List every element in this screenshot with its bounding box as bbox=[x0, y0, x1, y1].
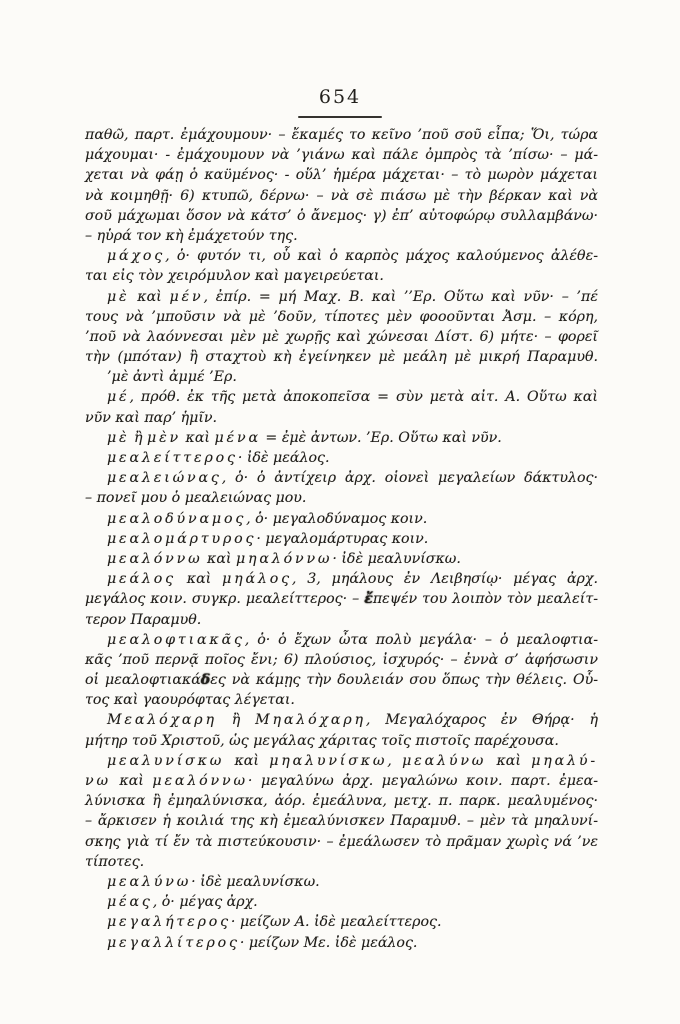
dictionary-headword: μεαλυνίσκω bbox=[107, 753, 224, 769]
text-line: – ἄρκισεν ἡ κοιλιά της κὴ ἐμεαλύνισκεν Π… bbox=[85, 811, 598, 831]
text-line: μεαλυνίσκω καὶ μηαλυνίσκω, μεαλύνω καὶ μ… bbox=[85, 751, 598, 771]
text-line: μεαλοφτιακᾶς, ὁ· ὁ ἔχων ὦτα πολὺ μεγάλα·… bbox=[85, 630, 598, 650]
page-number: 654 bbox=[0, 86, 680, 108]
dictionary-headword: μεαλύνω bbox=[107, 874, 191, 890]
text-segment: τίποτες. bbox=[85, 854, 144, 870]
dictionary-headword: μεαλοδύναμος bbox=[107, 511, 246, 527]
text-segment: τερον Παραμυθ. bbox=[85, 612, 201, 628]
text-segment: , ὁ· φυτόν τι, οὗ καὶ ὁ καρπὸς μάχος καλ… bbox=[165, 248, 598, 264]
text-segment: κᾶς ’ποῦ περνᾷ ποῖος ἔνι; 6) πλούσιος, ἰ… bbox=[85, 652, 598, 668]
text-segment: νῦν καὶ παρ’ ἡμῖν. bbox=[85, 410, 217, 426]
text-segment: καὶ bbox=[130, 289, 170, 305]
dictionary-headword: μεαλόννω bbox=[152, 773, 248, 789]
dictionary-headword: μεγαλλίτερος bbox=[107, 935, 240, 951]
text-line: λύνισκα ἢ ἐμηαλύνισκα, ἀόρ. ἐμεάλυνα, με… bbox=[85, 791, 598, 811]
text-segment: καὶ bbox=[111, 773, 153, 789]
text-segment: – ἄρκισεν ἡ κοιλιά της κὴ ἐμεαλύνισκεν Π… bbox=[85, 813, 598, 829]
text-line: – ηὑρά τον κὴ ἐμάχετούν της. bbox=[85, 226, 598, 246]
text-segment: οἱ μεαλοφτιακά bbox=[85, 672, 201, 688]
text-segment: τὴν (μπόταν) ἢ σταχτοὺ κὴ ἐγείνηκεν μὲ μ… bbox=[85, 349, 598, 365]
text-line: μεαλομάρτυρος· μεγαλομάρτυρας κοιν. bbox=[85, 529, 598, 549]
text-segment: σκης γιὰ τί ἔν τὰ πιστεύκουσιν· – ἐμεάλω… bbox=[85, 834, 598, 850]
dictionary-headword: μένα bbox=[215, 430, 261, 446]
text-segment: – πονεῖ μου ὁ μεαλειώνας μου. bbox=[85, 490, 306, 506]
text-segment: · ἰδὲ μεαλυνίσκω. bbox=[332, 551, 461, 567]
text-segment: μήτηρ τοῦ Χριστοῦ, ὡς μεγάλας χάριτας το… bbox=[85, 733, 559, 749]
text-line: τὴν (μπόταν) ἢ σταχτοὺ κὴ ἐγείνηκεν μὲ μ… bbox=[85, 347, 598, 367]
text-segment: τους νὰ ’μποῦσιν νὰ μὲ ’δοῦν, τίποτες μὲ… bbox=[85, 309, 598, 325]
text-segment: καὶ bbox=[203, 551, 236, 567]
text-line: νὰ κοιμηθῇ· 6) κτυπῶ, δέρνω· – νὰ σὲ πιά… bbox=[85, 186, 598, 206]
text-line: Μεαλόχαρη ἢ Μηαλόχαρη, Μεγαλόχαρος ἐν Θή… bbox=[85, 710, 598, 730]
dictionary-headword: μεαλείττερος bbox=[107, 450, 238, 466]
text-line: τερον Παραμυθ. bbox=[85, 610, 598, 630]
text-line: νω καὶ μεαλόννω· μεγαλύνω ἀρχ. μεγαλώνω … bbox=[85, 771, 598, 791]
text-line: τος καὶ γαουρόφτας λέγεται. bbox=[85, 690, 598, 710]
text-line: μεγάλος κοιν. συγκρ. μεαλείττερος· – ἔπε… bbox=[85, 589, 598, 609]
text-line: κᾶς ’ποῦ περνᾷ ποῖος ἔνι; 6) πλούσιος, ἰ… bbox=[85, 650, 598, 670]
text-segment: ται εἰς τὸν χειρόμυλον καὶ μαγειρεύεται. bbox=[85, 268, 384, 284]
ink-blot-text: ἔ bbox=[364, 591, 373, 607]
text-segment: , ὁ· μέγας ἀρχ. bbox=[153, 894, 258, 910]
text-segment: · μεγαλομάρτυρας κοιν. bbox=[256, 531, 428, 547]
text-line: μεαλειώνας, ὁ· ὁ ἀντίχειρ ἀρχ. οἱονεὶ με… bbox=[85, 468, 598, 488]
text-segment: μάχουμαι· - ἐμάχουμουν νὰ ’γιάνω καὶ πάλ… bbox=[85, 147, 598, 163]
text-segment: σοῦ μάχωμαι ὅσον νὰ κάτσ’ ὁ ἄνεμος· γ) ἐ… bbox=[85, 208, 598, 224]
text-line: μέ, πρόθ. ἐκ τῆς μετὰ ἀποκοπεῖσα = σὺν μ… bbox=[85, 387, 598, 407]
text-segment: , Μεγαλόχαρος ἐν Θήρᾳ· ἡ bbox=[366, 712, 598, 728]
dictionary-headword: μάχος bbox=[107, 248, 165, 264]
text-segment: τος καὶ γαουρόφτας λέγεται. bbox=[85, 692, 295, 708]
text-line: μήτηρ τοῦ Χριστοῦ, ὡς μεγάλας χάριτας το… bbox=[85, 731, 598, 751]
dictionary-headword: μεαλειώνας bbox=[107, 470, 222, 486]
dictionary-headword: μηάλος bbox=[222, 571, 292, 587]
text-segment: , ὁ· ὁ ἀντίχειρ ἀρχ. οἱονεὶ μεγαλείων δά… bbox=[222, 470, 598, 486]
dictionary-headword: μέ bbox=[107, 389, 130, 405]
dictionary-headword: μηαλυνίσκω bbox=[269, 753, 387, 769]
text-segment: ἢ bbox=[130, 430, 148, 446]
dictionary-headword: μηαλύ- bbox=[531, 753, 598, 769]
text-segment: καὶ bbox=[486, 753, 531, 769]
text-segment: · μείζων Με. ἰδὲ μεάλος. bbox=[240, 935, 418, 951]
text-segment: ’μὲ ἀντὶ ἀμμέ ’Ερ. bbox=[107, 369, 237, 385]
text-line: μεαλόννω καὶ μηαλόννω· ἰδὲ μεαλυνίσκω. bbox=[85, 549, 598, 569]
text-line: σκης γιὰ τί ἔν τὰ πιστεύκουσιν· – ἐμεάλω… bbox=[85, 832, 598, 852]
text-segment: · μεγαλύνω ἀρχ. μεγαλώνω κοιν. παρτ. ἐμε… bbox=[248, 773, 598, 789]
text-line: μὲ ἢ μὲν καὶ μένα = ἐμὲ ἀντων. ’Ερ. Οὕτω… bbox=[85, 428, 598, 448]
text-line: ’ποῦ νὰ λαόννεσαι μὲν μὲ χωρῇς καὶ χώνεσ… bbox=[85, 327, 598, 347]
text-line: ’μὲ ἀντὶ ἀμμέ ’Ερ. bbox=[85, 367, 598, 387]
text-line: – πονεῖ μου ὁ μεαλειώνας μου. bbox=[85, 488, 598, 508]
dictionary-headword: μεαλύνω bbox=[402, 753, 486, 769]
text-segment: , bbox=[387, 753, 402, 769]
text-segment: χεται νὰ φάῃ ὁ καϋμένος· - οὕλ’ ἡμέρα μά… bbox=[85, 167, 598, 183]
text-line: σοῦ μάχωμαι ὅσον νὰ κάτσ’ ὁ ἄνεμος· γ) ἐ… bbox=[85, 206, 598, 226]
header-rule bbox=[298, 116, 382, 118]
text-segment: νὰ κοιμηθῇ· 6) κτυπῶ, δέρνω· – νὰ σὲ πιά… bbox=[85, 188, 598, 204]
text-segment: · ἰδὲ μεάλος. bbox=[238, 450, 330, 466]
dictionary-headword: μὲ bbox=[107, 289, 130, 305]
text-line: μεγαλήτερος· μείζων Α. ἰδὲ μεαλείττερος. bbox=[85, 912, 598, 932]
text-segment: · μείζων Α. ἰδὲ μεαλείττερος. bbox=[231, 914, 442, 930]
text-line: οἱ μεαλοφτιακάδες νὰ κάμῃς τὴν δουλειάν … bbox=[85, 670, 598, 690]
text-segment: , ὁ· μεγαλοδύναμος κοιν. bbox=[246, 511, 427, 527]
text-line: μέας, ὁ· μέγας ἀρχ. bbox=[85, 892, 598, 912]
text-line: νῦν καὶ παρ’ ἡμῖν. bbox=[85, 408, 598, 428]
dictionary-headword: μὲν bbox=[147, 430, 181, 446]
text-block: παθῶ, παρτ. ἐμάχουμουν· – ἔκαμές το κεῖν… bbox=[85, 125, 598, 953]
text-line: χεται νὰ φάῃ ὁ καϋμένος· - οὕλ’ ἡμέρα μά… bbox=[85, 165, 598, 185]
text-line: μεγαλλίτερος· μείζων Με. ἰδὲ μεάλος. bbox=[85, 933, 598, 953]
text-segment: – ηὑρά τον κὴ ἐμάχετούν της. bbox=[85, 228, 298, 244]
text-segment: , ὁ· ὁ ἔχων ὦτα πολὺ μεγάλα· – ὁ μεαλοφτ… bbox=[245, 632, 598, 648]
text-segment: , 3, μηάλους ἐν Λειβησίῳ· μέγας ἀρχ. bbox=[292, 571, 598, 587]
text-segment: καὶ bbox=[176, 571, 222, 587]
dictionary-headword: μεγαλήτερος bbox=[107, 914, 231, 930]
text-segment: ’ποῦ νὰ λαόννεσαι μὲν μὲ χωρῇς καὶ χώνεσ… bbox=[85, 329, 598, 345]
ink-blot-text: δ bbox=[201, 672, 210, 688]
text-line: τους νὰ ’μποῦσιν νὰ μὲ ’δοῦν, τίποτες μὲ… bbox=[85, 307, 598, 327]
text-line: μεαλύνω· ἰδὲ μεαλυνίσκω. bbox=[85, 872, 598, 892]
dictionary-headword: μεαλομάρτυρος bbox=[107, 531, 256, 547]
dictionary-headword: μέν bbox=[170, 289, 204, 305]
text-segment: παθῶ, παρτ. ἐμάχουμουν· – ἔκαμές το κεῖν… bbox=[85, 127, 598, 143]
text-segment: ες νὰ κάμῃς τὴν δουλειάν σου ὅπως τὴν θέ… bbox=[210, 672, 598, 688]
text-segment: · ἰδὲ μεαλυνίσκω. bbox=[191, 874, 320, 890]
text-segment: , πρόθ. ἐκ τῆς μετὰ ἀποκοπεῖσα = σὺν μετ… bbox=[130, 389, 598, 405]
dictionary-headword: μέας bbox=[107, 894, 153, 910]
dictionary-headword: μεάλος bbox=[107, 571, 176, 587]
text-segment: μεγάλος κοιν. συγκρ. μεαλείττερος· – bbox=[85, 591, 364, 607]
text-line: μεαλείττερος· ἰδὲ μεάλος. bbox=[85, 448, 598, 468]
dictionary-headword: μεαλοφτιακᾶς bbox=[107, 632, 245, 648]
text-line: τίποτες. bbox=[85, 852, 598, 872]
text-segment: , ἐπίρ. = μή Μαχ. Β. καὶ ’’Ερ. Οὕτω καὶ … bbox=[203, 289, 598, 305]
dictionary-headword: νω bbox=[85, 773, 111, 789]
text-segment: λύνισκα ἢ ἐμηαλύνισκα, ἀόρ. ἐμεάλυνα, με… bbox=[85, 793, 598, 809]
dictionary-headword: μὲ bbox=[107, 430, 130, 446]
dictionary-headword: μεαλόννω bbox=[107, 551, 203, 567]
text-segment: ἢ bbox=[217, 712, 255, 728]
dictionary-headword: Μηαλόχαρη bbox=[255, 712, 366, 728]
text-line: μάχος, ὁ· φυτόν τι, οὗ καὶ ὁ καρπὸς μάχο… bbox=[85, 246, 598, 266]
text-segment: καὶ bbox=[181, 430, 214, 446]
text-segment: = ἐμὲ ἀντων. ’Ερ. Οὕτω καὶ νῦν. bbox=[261, 430, 502, 446]
text-segment: καὶ bbox=[224, 753, 269, 769]
text-line: μάχουμαι· - ἐμάχουμουν νὰ ’γιάνω καὶ πάλ… bbox=[85, 145, 598, 165]
text-segment: πεψέν του λοιπὸν τὸν μεαλείτ- bbox=[373, 591, 598, 607]
text-line: μεαλοδύναμος, ὁ· μεγαλοδύναμος κοιν. bbox=[85, 509, 598, 529]
text-line: μὲ καὶ μέν, ἐπίρ. = μή Μαχ. Β. καὶ ’’Ερ.… bbox=[85, 287, 598, 307]
dictionary-headword: Μεαλόχαρη bbox=[107, 712, 217, 728]
text-line: μεάλος καὶ μηάλος, 3, μηάλους ἐν Λειβησί… bbox=[85, 569, 598, 589]
dictionary-headword: μηαλόννω bbox=[236, 551, 332, 567]
text-line: ται εἰς τὸν χειρόμυλον καὶ μαγειρεύεται. bbox=[85, 266, 598, 286]
text-line: παθῶ, παρτ. ἐμάχουμουν· – ἔκαμές το κεῖν… bbox=[85, 125, 598, 145]
